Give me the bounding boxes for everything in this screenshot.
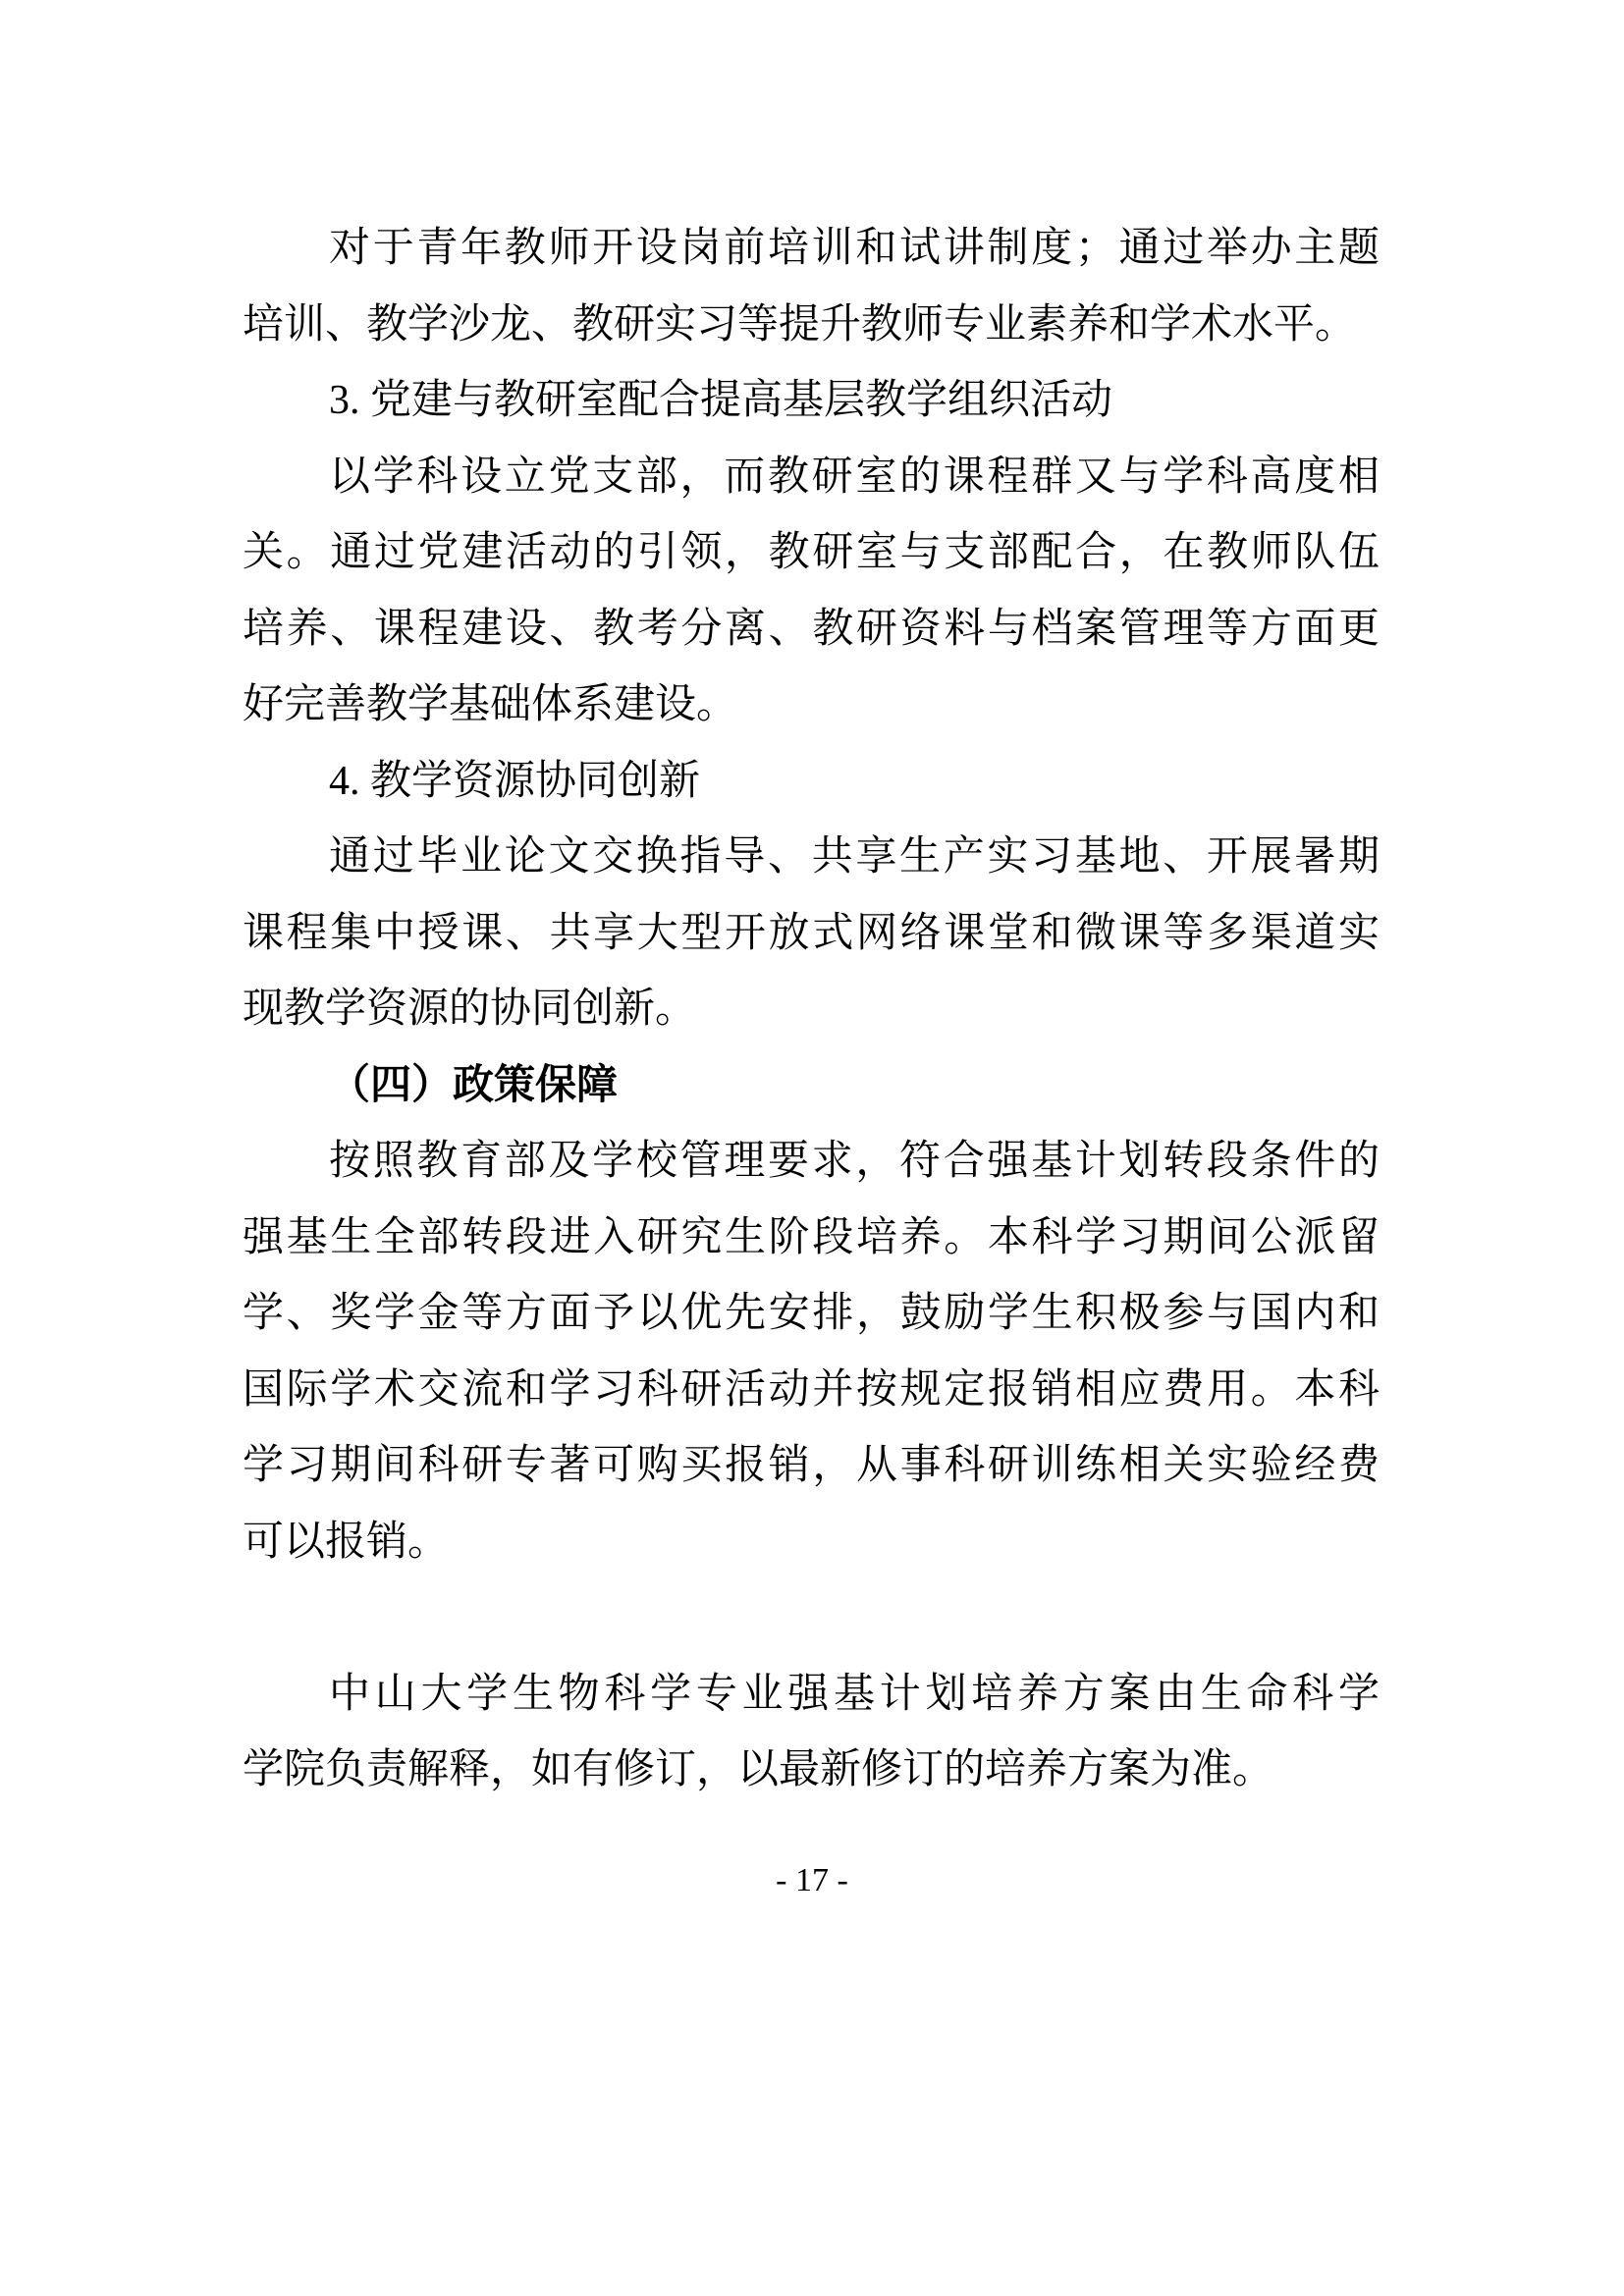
document-page: 对于青年教师开设岗前培训和试讲制度；通过举办主题培训、教学沙龙、教研实习等提升教… <box>0 0 1624 2296</box>
text-line: 课程集中授课、共享大型开放式网络课堂和微课等多渠道实 <box>243 896 1380 973</box>
text-line: 可以报销。 <box>243 1505 1380 1581</box>
text-line: 以学科设立党支部，而教研室的课程群又与学科高度相 <box>243 440 1380 516</box>
text-line: 按照教育部及学校管理要求，符合强基计划转段条件的 <box>243 1124 1380 1201</box>
text-line: 学、奖学金等方面予以优先安排，鼓励学生积极参与国内和 <box>243 1276 1380 1353</box>
page-number: - 17 - <box>0 1861 1624 1900</box>
text-line: 中山大学生物科学专业强基计划培养方案由生命科学 <box>243 1657 1380 1734</box>
document-body: 对于青年教师开设岗前培训和试讲制度；通过举办主题培训、教学沙龙、教研实习等提升教… <box>243 211 1380 1809</box>
text-line: 现教学资源的协同创新。 <box>243 972 1380 1048</box>
text-line: 强基生全部转段进入研究生阶段培养。本科学习期间公派留 <box>243 1201 1380 1277</box>
text-line: 培训、教学沙龙、教研实习等提升教师专业素养和学术水平。 <box>243 288 1380 364</box>
text-line: 关。通过党建活动的引领，教研室与支部配合，在教师队伍 <box>243 515 1380 592</box>
text-line: 通过毕业论文交换指导、共享生产实习基地、开展暑期 <box>243 820 1380 896</box>
text-line: （四）政策保障 <box>243 1048 1380 1125</box>
text-line: 学习期间科研专著可购买报销，从事科研训练相关实验经费 <box>243 1428 1380 1505</box>
text-line: 3. 党建与教研室配合提高基层教学组织活动 <box>243 363 1380 440</box>
blank-line <box>243 1580 1380 1657</box>
text-line: 对于青年教师开设岗前培训和试讲制度；通过举办主题 <box>243 211 1380 288</box>
text-line: 国际学术交流和学习科研活动并按规定报销相应费用。本科 <box>243 1353 1380 1429</box>
text-line: 学院负责解释，如有修订，以最新修订的培养方案为准。 <box>243 1733 1380 1809</box>
text-line: 4. 教学资源协同创新 <box>243 744 1380 821</box>
text-line: 培养、课程建设、教考分离、教研资料与档案管理等方面更 <box>243 592 1380 668</box>
text-line: 好完善教学基础体系建设。 <box>243 667 1380 744</box>
